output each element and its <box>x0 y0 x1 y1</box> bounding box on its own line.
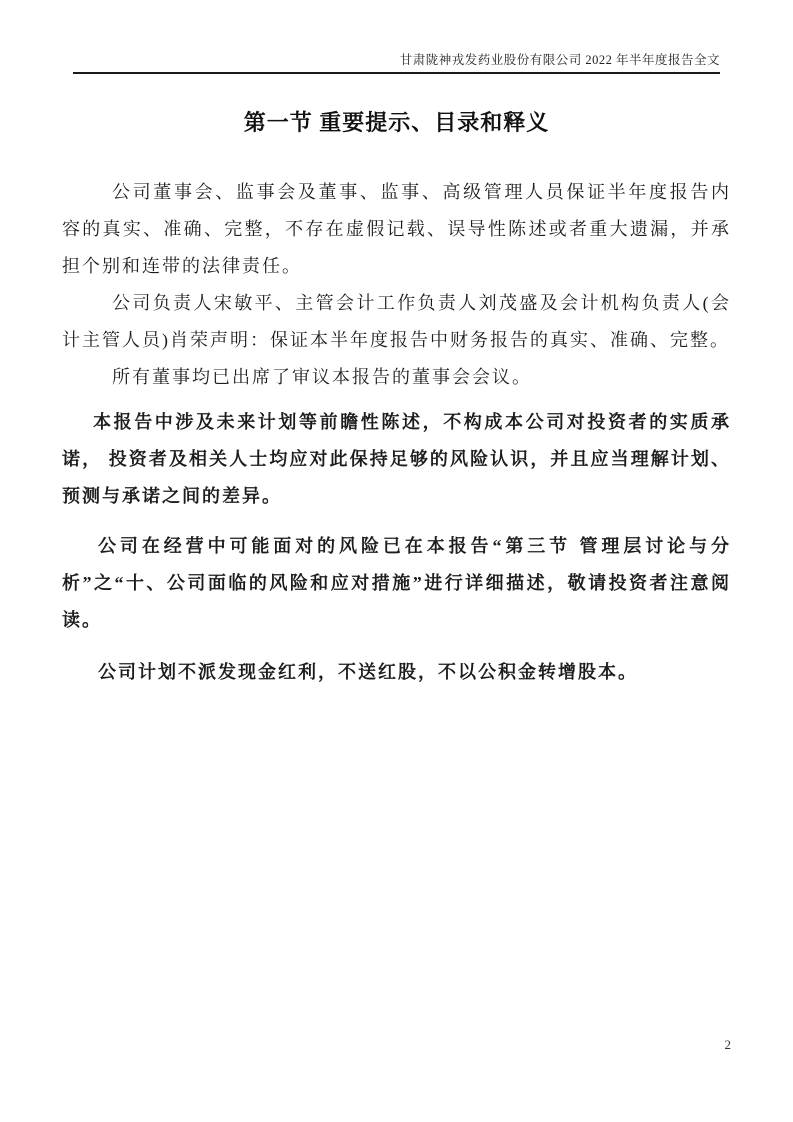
section-title: 第一节 重要提示、目录和释义 <box>0 106 793 137</box>
paragraph-forward-looking-statement: 本报告中涉及未来计划等前瞻性陈述，不构成本公司对投资者的实质承诺， 投资者及相关… <box>62 404 731 515</box>
paragraph-dividend-plan: 公司计划不派发现金红利，不送红股，不以公积金转增股本。 <box>62 654 731 691</box>
page-header: 甘肃陇神戎发药业股份有限公司 2022 年半年度报告全文 <box>73 50 720 74</box>
paragraph-integrity-statement: 公司董事会、监事会及董事、监事、高级管理人员保证半年度报告内容的真实、准确、完整… <box>62 174 731 285</box>
paragraph-responsible-persons: 公司负责人宋敏平、主管会计工作负责人刘茂盛及会计机构负责人(会计主管人员)肖荣声… <box>62 285 731 359</box>
page-number: 2 <box>725 1037 732 1052</box>
page-footer: 2 <box>0 1036 731 1054</box>
report-page: 甘肃陇神戎发药业股份有限公司 2022 年半年度报告全文 第一节 重要提示、目录… <box>0 0 793 1122</box>
paragraph-risk-disclosure: 公司在经营中可能面对的风险已在本报告“第三节 管理层讨论与分析”之“十、公司面临… <box>62 528 731 639</box>
document-body: 公司董事会、监事会及董事、监事、高级管理人员保证半年度报告内容的真实、准确、完整… <box>62 174 731 691</box>
header-report-title: 甘肃陇神戎发药业股份有限公司 2022 年半年度报告全文 <box>73 50 720 68</box>
paragraph-board-attendance: 所有董事均已出席了审议本报告的董事会会议。 <box>62 359 731 396</box>
